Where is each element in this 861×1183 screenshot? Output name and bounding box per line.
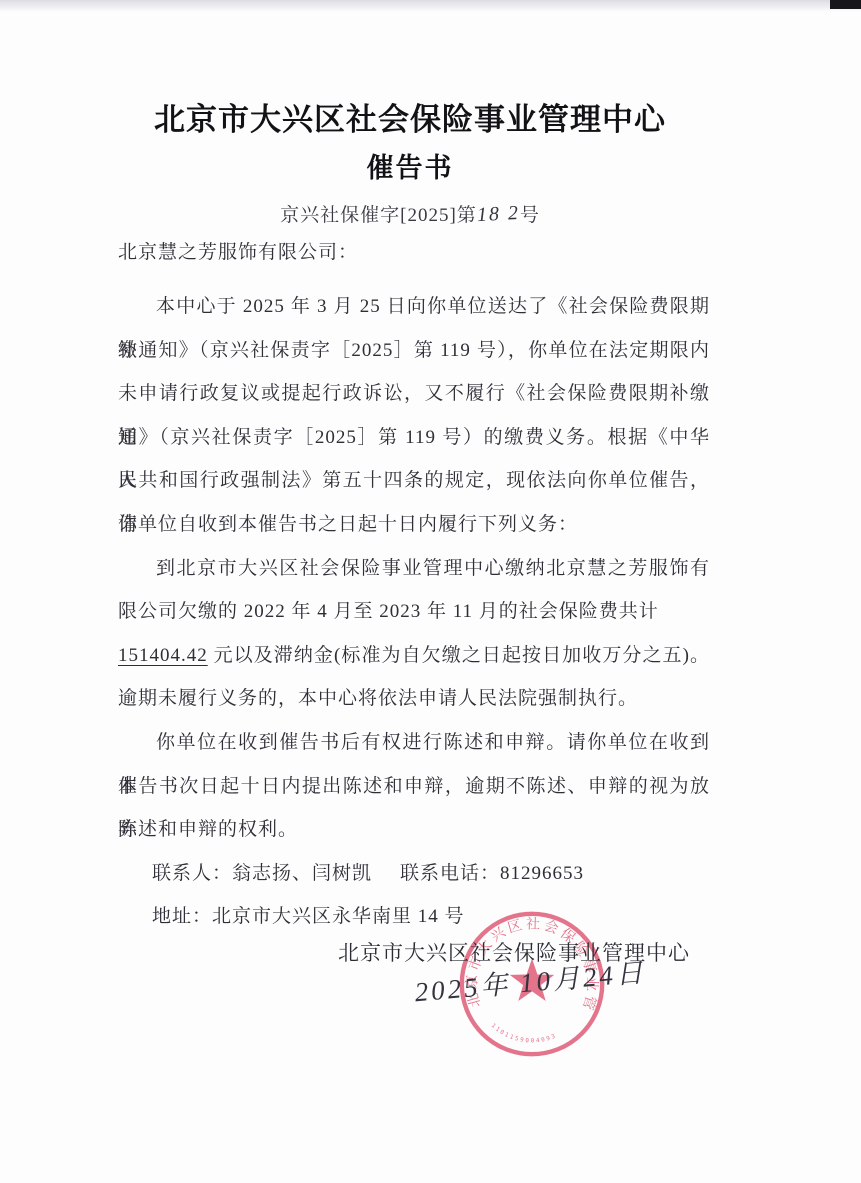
body-line: 民共和国行政强制法》第五十四条的规定，现依法向你单位催告，请	[118, 459, 710, 503]
body-line: 未申请行政复议或提起行政诉讼，又不履行《社会保险费限期补缴通	[118, 372, 710, 416]
body-line: 陈述和申辩的权利。	[118, 808, 710, 852]
body-line: 限公司欠缴的 2022 年 4 月至 2023 年 11 月的社会保险费共计	[118, 590, 710, 634]
body-line: 你单位在收到催告书后有权进行陈述和申辩。请你单位在收到本	[118, 721, 710, 765]
contact-phone: 联系电话：81296653	[400, 863, 584, 884]
document-number-suffix: 号	[520, 205, 540, 226]
amount-line-rest: 元以及滞纳金(标准为自欠缴之日起按日加收万分之五)。	[208, 645, 710, 666]
document-body: 北京慧之芳服饰有限公司： 本中心于 2025 年 3 月 25 日向你单位送达了…	[118, 231, 710, 973]
document-number-handwritten: 18 2	[476, 202, 520, 227]
scan-artifact-band	[0, 0, 861, 12]
scan-artifact-corner	[830, 0, 861, 9]
body-line: 你单位自收到本催告书之日起十日内履行下列义务：	[118, 503, 710, 547]
body-line: 本中心于 2025 年 3 月 25 日向你单位送达了《社会保险费限期补	[118, 285, 710, 329]
body-line: 到北京市大兴区社会保险事业管理中心缴纳北京慧之芳服饰有	[118, 547, 710, 591]
contact-person: 联系人：翁志扬、闫树凯	[152, 863, 372, 884]
document-header: 北京市大兴区社会保险事业管理中心 催告书 京兴社保催字[2025]第18 2号	[0, 94, 820, 227]
body-line-amount: 151404.42 元以及滞纳金(标准为自欠缴之日起按日加收万分之五)。	[118, 634, 710, 678]
body-line: 知》（京兴社保责字［2025］第 119 号）的缴费义务。根据《中华人	[118, 416, 710, 460]
document-number: 京兴社保催字[2025]第18 2号	[0, 200, 820, 227]
owed-amount-underlined: 151404.42	[118, 645, 208, 666]
document-number-prefix: 京兴社保催字[2025]第	[280, 205, 477, 226]
document-page: 北京市大兴区社会保险事业管理中心 催告书 京兴社保催字[2025]第18 2号 …	[0, 0, 861, 1183]
seal-code-digits: 1101159004093	[490, 1023, 558, 1045]
body-line: 逾期未履行义务的，本中心将依法申请人民法院强制执行。	[118, 677, 710, 721]
body-line: 缴通知》（京兴社保责字［2025］第 119 号），你单位在法定期限内	[118, 329, 710, 373]
contact-line: 联系人：翁志扬、闫树凯联系电话：81296653	[118, 852, 710, 896]
issuing-org-title: 北京市大兴区社会保险事业管理中心	[0, 94, 820, 139]
body-line: 催告书次日起十日内提出陈述和申辩，逾期不陈述、申辩的视为放弃	[118, 765, 710, 809]
document-type-title: 催告书	[0, 146, 820, 185]
recipient-line: 北京慧之芳服饰有限公司：	[118, 231, 710, 275]
